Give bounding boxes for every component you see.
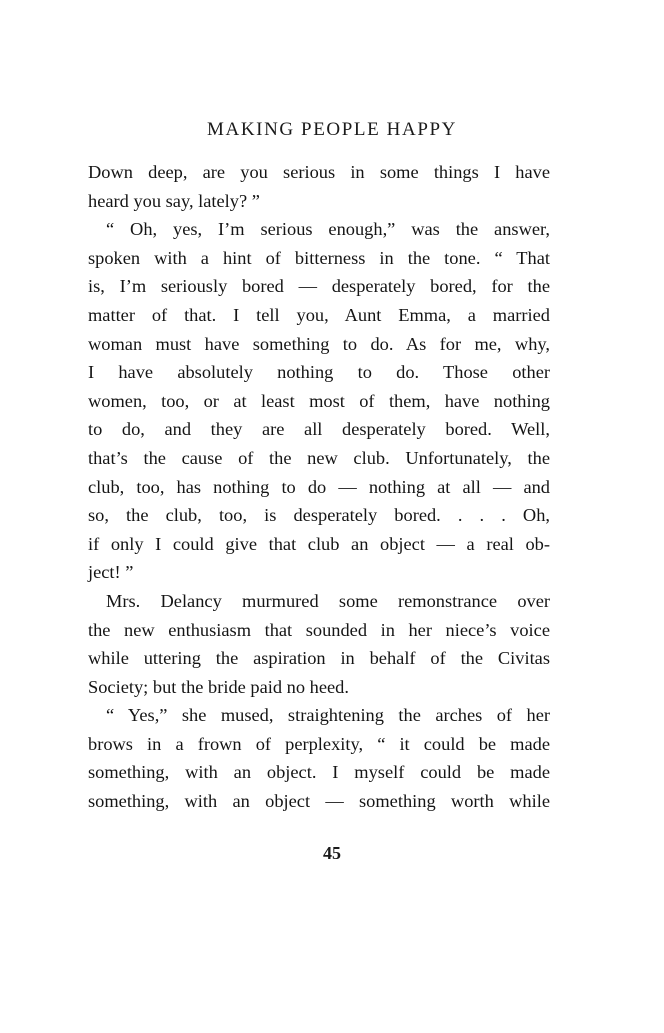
body-text: Down deep, are you serious in some thing… xyxy=(88,158,550,816)
text-line: so, the club, too, is desperately bored.… xyxy=(88,501,550,530)
text-line: to do, and they are all desperately bore… xyxy=(88,415,550,444)
text-line: heard you say, lately? ” xyxy=(88,187,550,216)
text-line: women, too, or at least most of them, ha… xyxy=(88,387,550,416)
text-line: club, too, has nothing to do — nothing a… xyxy=(88,473,550,502)
text-line: is, I’m seriously bored — desperately bo… xyxy=(88,272,550,301)
text-line: ject! ” xyxy=(88,558,550,587)
text-line: Down deep, are you serious in some thing… xyxy=(88,158,550,187)
text-line: “ Oh, yes, I’m serious enough,” was the … xyxy=(88,215,550,244)
text-line: I have absolutely nothing to do. Those o… xyxy=(88,358,550,387)
text-line: that’s the cause of the new club. Unfort… xyxy=(88,444,550,473)
text-line: woman must have something to do. As for … xyxy=(88,330,550,359)
text-line: the new enthusiasm that sounded in her n… xyxy=(88,616,550,645)
text-line: something, with an object — something wo… xyxy=(88,787,550,816)
running-head: MAKING PEOPLE HAPPY xyxy=(0,119,664,141)
text-line: Society; but the bride paid no heed. xyxy=(88,673,550,702)
book-page: MAKING PEOPLE HAPPY Down deep, are you s… xyxy=(0,0,664,1033)
text-line: “ Yes,” she mused, straightening the arc… xyxy=(88,701,550,730)
page-number: 45 xyxy=(0,843,664,864)
text-line: matter of that. I tell you, Aunt Emma, a… xyxy=(88,301,550,330)
text-line: spoken with a hint of bitterness in the … xyxy=(88,244,550,273)
text-line: brows in a frown of perplexity, “ it cou… xyxy=(88,730,550,759)
text-line: something, with an object. I myself coul… xyxy=(88,758,550,787)
text-line: if only I could give that club an object… xyxy=(88,530,550,559)
text-line: Mrs. Delancy murmured some remonstrance … xyxy=(88,587,550,616)
text-line: while uttering the aspiration in behalf … xyxy=(88,644,550,673)
